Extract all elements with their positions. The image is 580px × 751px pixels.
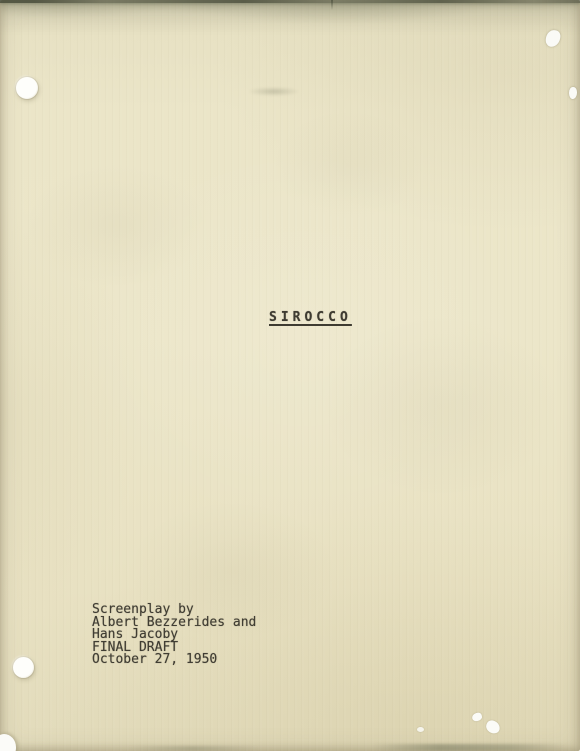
paper-chip-right-edge [569, 87, 577, 99]
water-stain-top [0, 0, 580, 54]
paper-speck [417, 727, 424, 732]
punch-hole-bottom [13, 657, 34, 678]
credit-line-date: October 27, 1950 [92, 654, 256, 667]
paper-top-edge [0, 0, 580, 3]
paper-chip-top-right [544, 29, 561, 49]
bottom-edge-smudge-left [128, 746, 258, 751]
scan-background: SIROCCO Screenplay by Albert Bezzerides … [0, 0, 580, 751]
paper-speck [471, 712, 483, 723]
script-title-page: SIROCCO Screenplay by Albert Bezzerides … [0, 0, 580, 751]
script-title: SIROCCO [269, 310, 352, 325]
bottom-edge-smudge-right [372, 744, 564, 751]
ink-ghost-smudge [238, 85, 310, 98]
corner-tear-bottom-left [0, 734, 16, 751]
scratch-mark [331, 0, 333, 10]
paper-speck [484, 719, 502, 736]
credits-block: Screenplay by Albert Bezzerides and Hans… [92, 604, 256, 667]
punch-hole-top [16, 77, 38, 99]
